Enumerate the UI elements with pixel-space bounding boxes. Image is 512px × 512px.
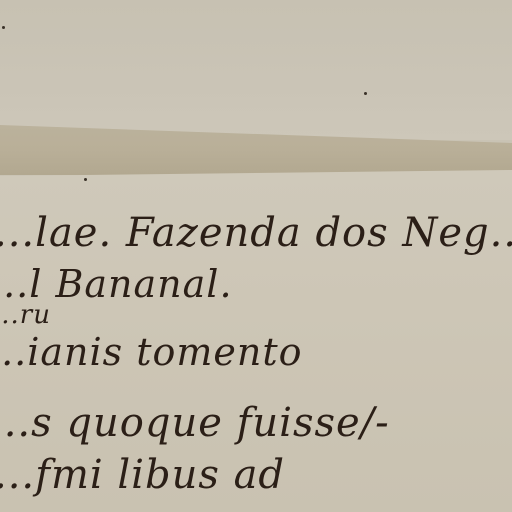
manuscript-sheet: ...lae. Fazenda dos Neg... ...l Bananal.… [0,170,512,512]
handwriting-line-1: ...lae. Fazenda dos Neg... [0,210,512,256]
ink-speck [84,178,87,181]
upper-paper-sheet [0,0,512,140]
handwriting-line-6: ...fmi libus ad [0,452,285,498]
handwriting-line-4: ...ianis tomento [0,330,303,374]
ink-speck [364,92,367,95]
handwriting-line-5: ...s quoque fuisse/- [0,400,390,446]
handwriting-line-3: ...ru [0,300,51,330]
ink-speck [2,26,5,29]
